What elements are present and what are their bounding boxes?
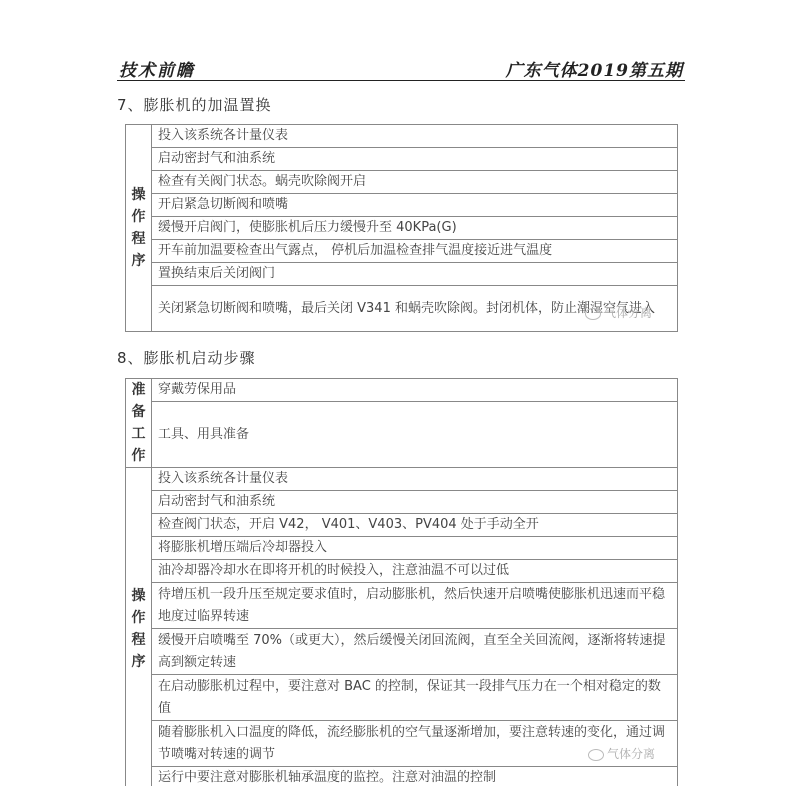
table-row: 缓慢开启阀门，使膨胀机后压力缓慢升至 40KPa(G) [152, 217, 678, 240]
table-row: 油冷却器冷却水在即将开机的时候投入，注意油温不可以过低 [152, 560, 678, 583]
section-7-title: 7、膨胀机的加温置换 [117, 94, 272, 115]
operation-procedure-label: 操 作 程 序 [126, 125, 152, 332]
table-row: 启动密封气和油系统 [152, 491, 678, 514]
table-row: 将膨胀机增压端后冷却器投入 [152, 537, 678, 560]
table-row: 缓慢开启喷嘴至 70%（或更大），然后缓慢关闭回流阀，直至全关回流阀，逐渐将转速… [152, 629, 678, 675]
table-row: 启动密封气和油系统 [152, 148, 678, 171]
watermark: 气体分离 [585, 304, 652, 321]
table-row: 待增压机一段升压至规定要求值时，启动膨胀机，然后快速开启喷嘴使膨胀机迅速而平稳地… [152, 583, 678, 629]
table-row: 开车前加温要检查出气露点， 停机后加温检查排气温度接近进气温度 [152, 240, 678, 263]
table-row: 运行中要注意对膨胀机轴承温度的监控。注意对油温的控制 [152, 767, 678, 786]
preparation-label: 准 备 工 作 [126, 379, 152, 468]
table-row: 投入该系统各计量仪表 [152, 468, 678, 491]
table-row: 工具、用具准备 [152, 402, 678, 468]
wechat-icon [588, 749, 604, 761]
section-8-table: 准 备 工 作 穿戴劳保用品 工具、用具准备 操 作 程 序 投入该系统各计量仪… [125, 378, 678, 786]
operation-procedure-label: 操 作 程 序 [126, 468, 152, 786]
wechat-icon [585, 308, 601, 320]
table-row: 检查阀门状态，开启 V42， V401、V403、PV404 处于手动全开 [152, 514, 678, 537]
header-issue: 广东气体2019第五期 [506, 56, 683, 81]
header-column-name: 技术前瞻 [119, 56, 195, 81]
table-row: 开启紧急切断阀和喷嘴 [152, 194, 678, 217]
table-row: 检查有关阀门状态。蜗壳吹除阀开启 [152, 171, 678, 194]
table-row: 投入该系统各计量仪表 [152, 125, 678, 148]
section-8-title: 8、膨胀机启动步骤 [117, 347, 256, 368]
table-row: 置换结束后关闭阀门 [152, 263, 678, 286]
table-row: 穿戴劳保用品 [152, 379, 678, 402]
page-header: 技术前瞻 广东气体2019第五期 [117, 56, 685, 81]
section-7-table: 操 作 程 序 投入该系统各计量仪表 启动密封气和油系统 检查有关阀门状态。蜗壳… [125, 124, 678, 332]
watermark: 气体分离 [588, 745, 655, 762]
table-row: 在启动膨胀机过程中，要注意对 BAC 的控制，保证其一段排气压力在一个相对稳定的… [152, 675, 678, 721]
